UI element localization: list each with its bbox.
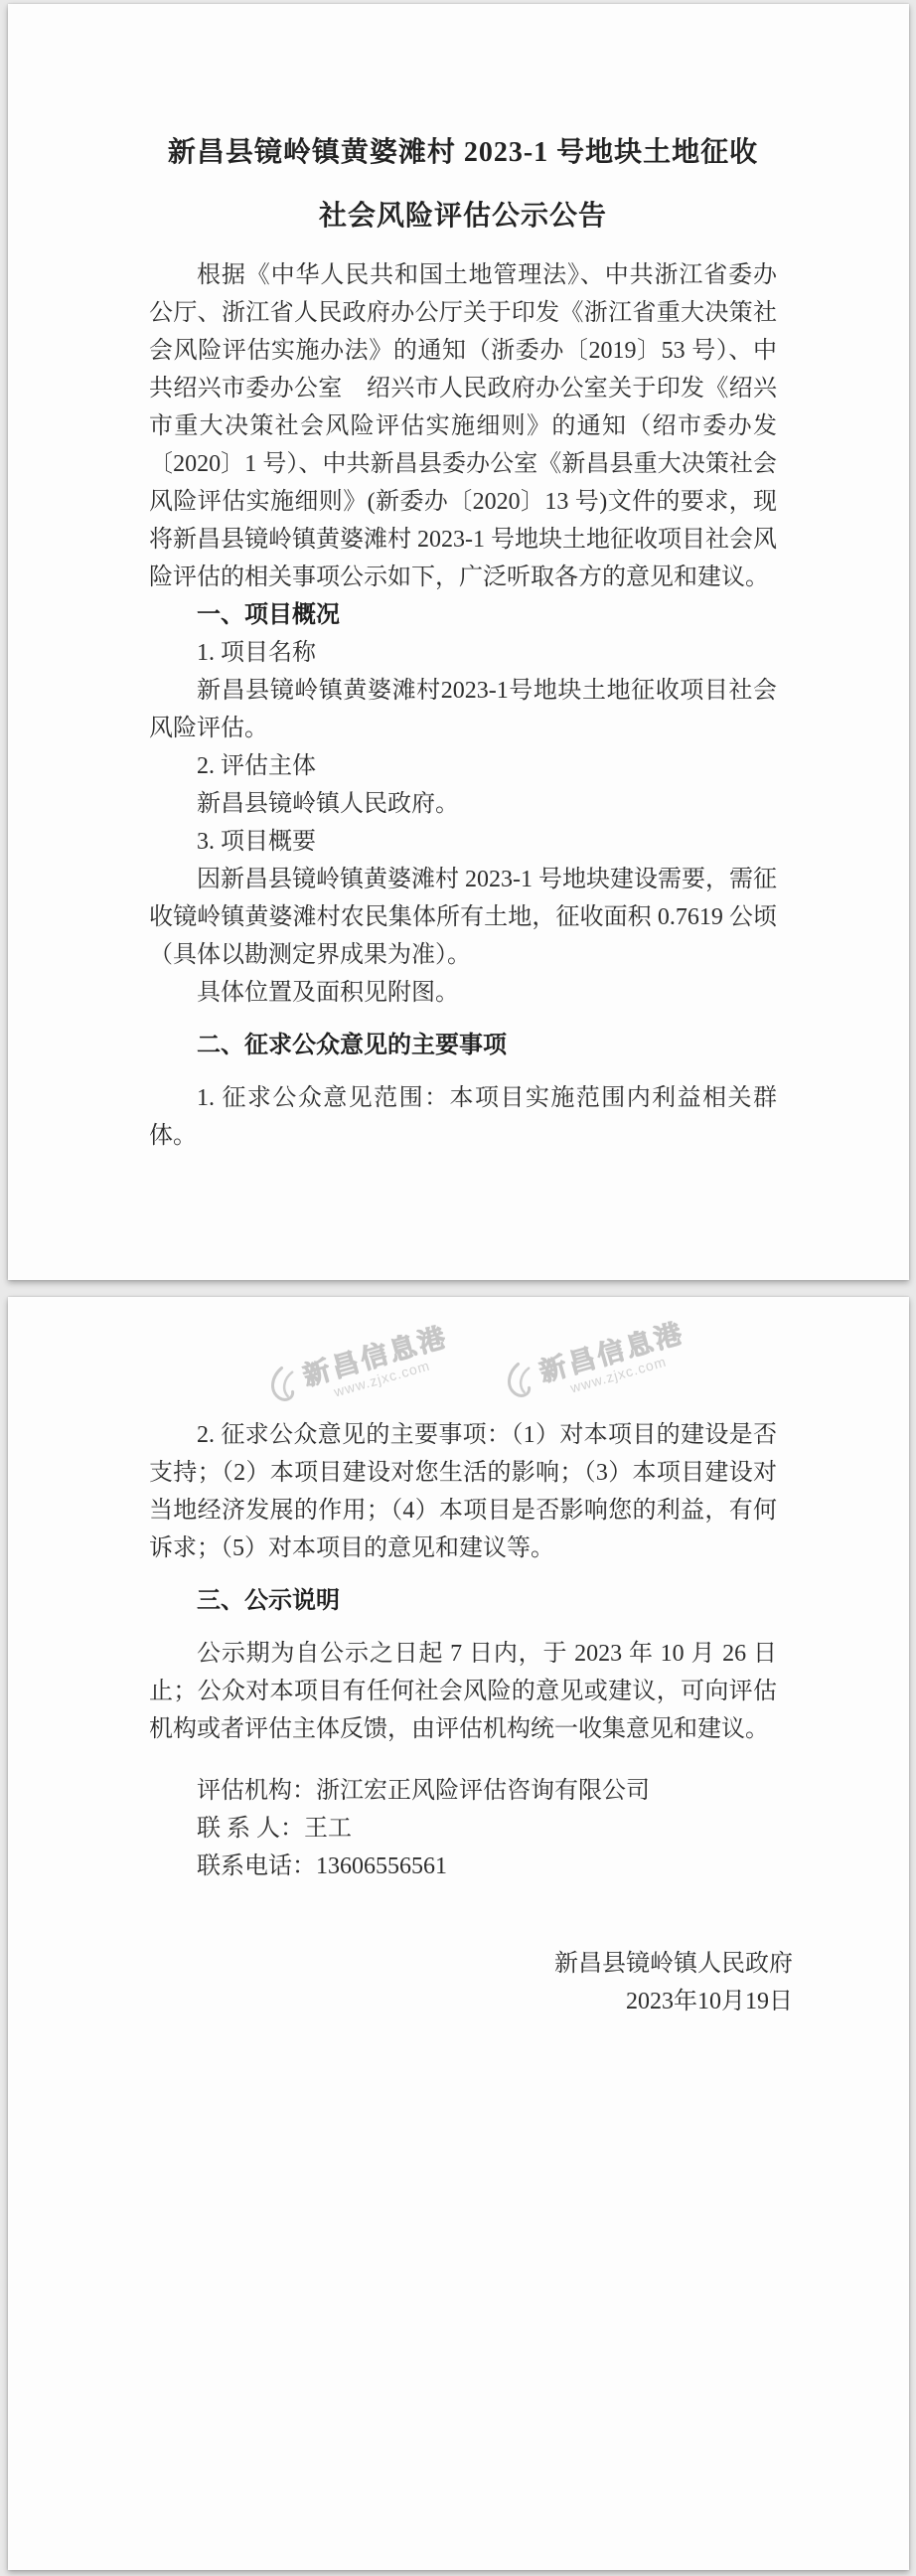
document-line: 2. 评估主体	[149, 747, 777, 785]
document-line: 评估机构：浙江宏正风险评估咨询有限公司	[149, 1772, 777, 1810]
document-line: 二、征求公众意见的主要事项	[149, 1027, 777, 1064]
document-line: 1. 征求公众意见范围：本项目实施范围内利益相关群体。	[149, 1079, 777, 1155]
document-page-2: 新昌信息港 www.zjxc.com 新昌信息港 www.zjxc.com 2.…	[8, 1297, 909, 2570]
document-line: 联系电话：13606556561	[149, 1848, 777, 1885]
document-line: 三、公示说明	[149, 1582, 777, 1620]
document-line: 1. 项目名称	[149, 634, 777, 672]
notice-title: 新昌县镜岭镇黄婆滩村 2023-1 号地块土地征收 社会风险评估公示公告	[149, 4, 777, 248]
document-line: 新昌县镜岭镇人民政府。	[149, 785, 777, 823]
document-line: 2023年10月19日	[149, 1983, 793, 2020]
page-1-body: 根据《中华人民共和国土地管理法》、中共浙江省委办公厅、浙江省人民政府办公厅关于印…	[149, 256, 777, 1155]
document-line: 2. 征求公众意见的主要事项：（1）对本项目的建设是否支持；（2）本项目建设对您…	[149, 1416, 777, 1567]
document-line: 具体位置及面积见附图。	[149, 974, 777, 1012]
document-line: 新昌县镜岭镇人民政府	[149, 1945, 793, 1983]
document-line: 3. 项目概要	[149, 823, 777, 861]
notice-title-line-1: 新昌县镜岭镇黄婆滩村 2023-1 号地块土地征收	[149, 121, 777, 185]
document-line: 新昌县镜岭镇黄婆滩村2023-1号地块土地征收项目社会风险评估。	[149, 672, 777, 747]
document-page-1: 新昌县镜岭镇黄婆滩村 2023-1 号地块土地征收 社会风险评估公示公告 根据《…	[8, 4, 909, 1280]
notice-title-line-2: 社会风险评估公示公告	[149, 185, 777, 248]
document-line: 一、项目概况	[149, 596, 777, 634]
document-line: 根据《中华人民共和国土地管理法》、中共浙江省委办公厅、浙江省人民政府办公厅关于印…	[149, 256, 777, 596]
document-line: 公示期为自公示之日起 7 日内，于 2023 年 10 月 26 日止；公众对本…	[149, 1635, 777, 1748]
document-line: 因新昌县镜岭镇黄婆滩村 2023-1 号地块建设需要，需征收镜岭镇黄婆滩村农民集…	[149, 861, 777, 974]
document-line: 联 系 人：王工	[149, 1810, 777, 1848]
page-2-body: 2. 征求公众意见的主要事项：（1）对本项目的建设是否支持；（2）本项目建设对您…	[149, 1416, 777, 2020]
document-viewer: { "colors": { "canvas_background": "#e9e…	[0, 0, 916, 2576]
